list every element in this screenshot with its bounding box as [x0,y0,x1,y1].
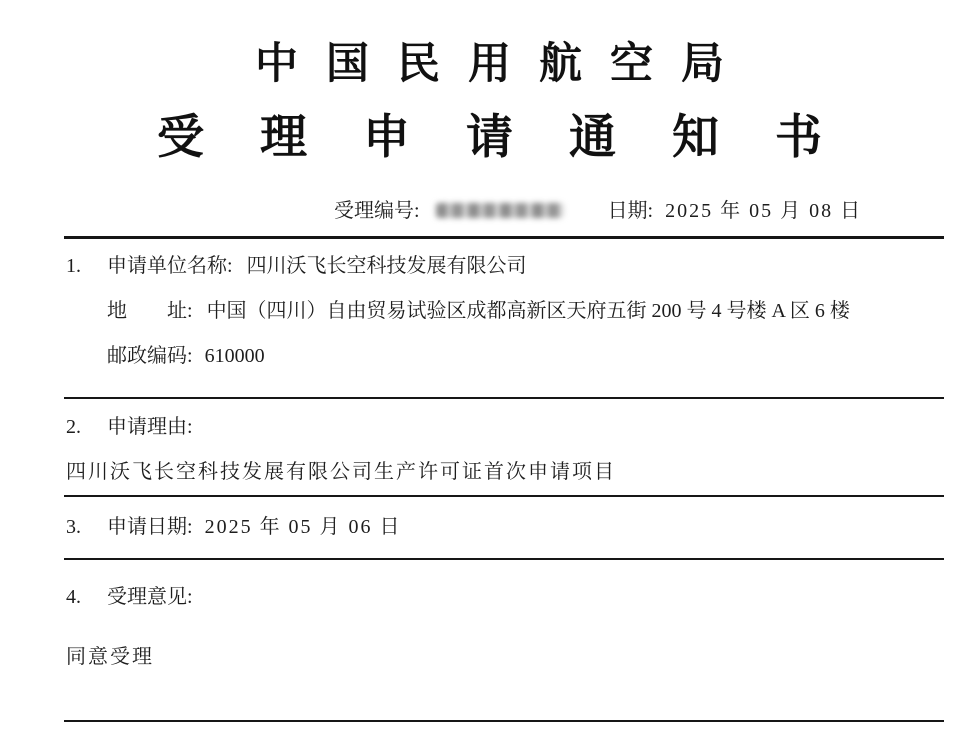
postal-code-label: 邮政编码: [107,345,193,367]
section-4-content-row: 同意受理 [66,644,154,670]
date-label: 日期: [608,194,654,223]
address-label: 地 址: [107,300,193,322]
divider [64,558,944,560]
section-4-number: 4. [66,584,107,610]
date-value: 2025 年 05 月 08 日 [665,194,862,223]
meta-row: 受理编号: 日期: 2025 年 05 月 08 日 [334,194,862,223]
section-1-number: 1. [66,253,107,279]
divider [64,720,944,722]
notice-document-page: 中国民用航空局 受理申请通知书 受理编号: 日期: 2025 年 05 月 08… [0,0,979,733]
acceptance-number-label: 受理编号: [334,194,420,223]
divider [64,236,944,239]
divider [64,397,944,399]
postal-code-value: 610000 [205,345,265,367]
divider [64,495,944,497]
section-1-address-row: 地 址:中国（四川）自由贸易试验区成都高新区天府五街 200 号 4 号楼 A … [66,298,850,324]
application-date-label: 申请日期: [107,516,193,538]
section-1-name-row: 1.申请单位名称:四川沃飞长空科技发展有限公司 [66,253,527,279]
section-2-content-row: 四川沃飞长空科技发展有限公司生产许可证首次申请项目 [66,459,616,485]
application-date-value: 2025 年 05 月 06 日 [205,516,402,538]
section-3-number: 3. [66,514,107,540]
address-value: 中国（四川）自由贸易试验区成都高新区天府五街 200 号 4 号楼 A 区 6 … [207,300,850,322]
page-title: 中国民用航空局 [0,30,979,91]
section-3-row: 3.申请日期:2025 年 05 月 06 日 [66,514,402,540]
section-4-header-row: 4.受理意见: [66,584,193,610]
application-reason-value: 四川沃飞长空科技发展有限公司生产许可证首次申请项目 [66,461,616,483]
applicant-name-label: 申请单位名称: [107,255,233,277]
application-reason-label: 申请理由: [107,416,193,438]
page-subtitle: 受理申请通知书 [0,100,979,167]
acceptance-opinion-label: 受理意见: [107,586,193,608]
acceptance-number-redacted [436,203,564,218]
section-2-number: 2. [66,414,107,440]
section-1-postal-row: 邮政编码:610000 [66,343,265,369]
acceptance-opinion-value: 同意受理 [66,646,154,668]
section-2-header-row: 2.申请理由: [66,414,193,440]
applicant-name-value: 四川沃飞长空科技发展有限公司 [247,255,527,277]
